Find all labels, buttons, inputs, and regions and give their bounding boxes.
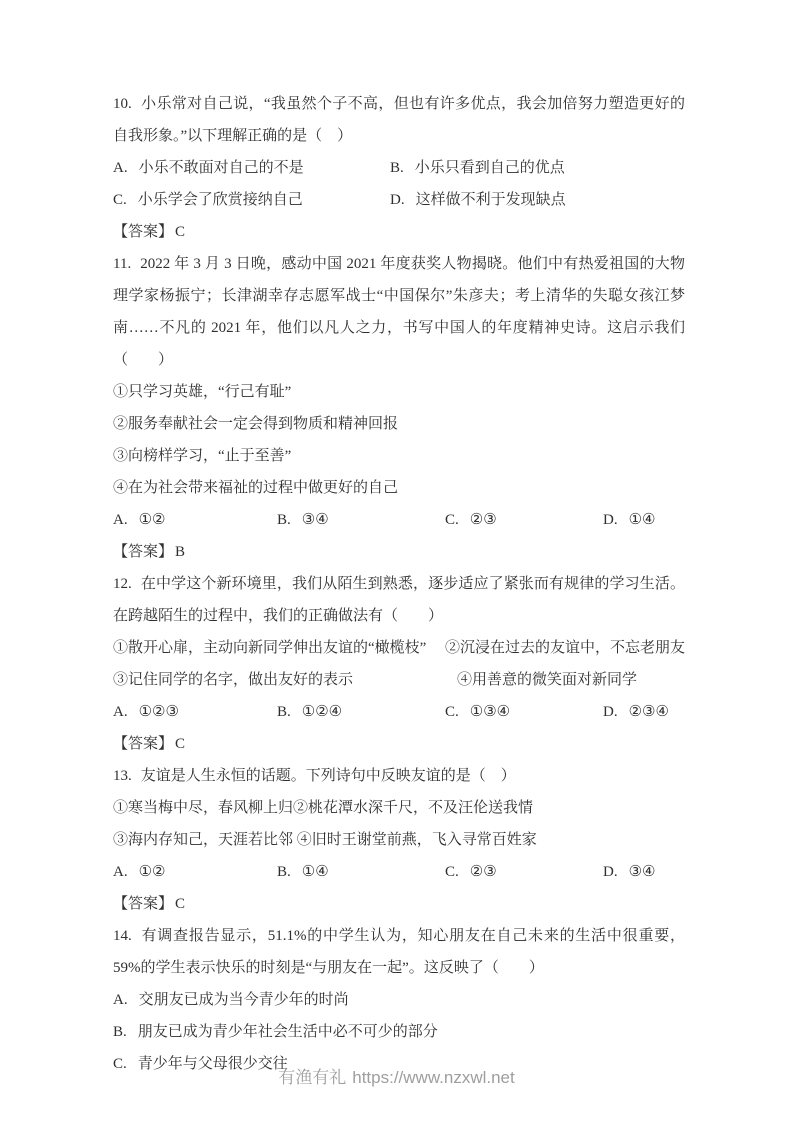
watermark: 有渔有礼https://www.nzxwl.net bbox=[0, 1065, 793, 1091]
question-14-stem: 14.有调查报告显示，51.1%的中学生认为，知心朋友在自己未来的生活中很重要，… bbox=[113, 920, 685, 984]
question-12-item-row-1: ①散开心扉，主动向新同学伸出友谊的“橄榄枝” ②沉浸在过去的友谊中，不忘老朋友 bbox=[113, 632, 685, 664]
option-text: ②③ bbox=[470, 512, 497, 528]
question-13-item-row-1: ①寒当梅中尽，春风柳上归②桃花潭水深千尺，不及汪伦送我情 bbox=[113, 792, 685, 824]
option-text: ①②③ bbox=[139, 704, 179, 720]
question-11-item-3: ③向榜样学习，“止于至善” bbox=[113, 440, 685, 472]
question-12-option-b: B.①②④ bbox=[277, 696, 445, 728]
question-12-answer: 【答案】C bbox=[113, 728, 685, 760]
question-11-option-a: A.①② bbox=[113, 504, 277, 536]
answer-value: C bbox=[175, 896, 185, 912]
question-12-stem: 12.在中学这个新环境里，我们从陌生到熟悉，逐步适应了紧张而有规律的学习生活。在… bbox=[113, 568, 685, 632]
question-10: 10.小乐常对自己说，“我虽然个子不高，但也有许多优点，我会加倍努力塑造更好的自… bbox=[113, 88, 685, 248]
question-11-answer: 【答案】B bbox=[113, 536, 685, 568]
question-11: 11.2022 年 3 月 3 日晚，感动中国 2021 年度获奖人物揭晓。他们… bbox=[113, 248, 685, 568]
option-label: D. bbox=[390, 192, 405, 208]
option-label: A. bbox=[113, 864, 128, 880]
question-11-item-4: ④在为社会带来福祉的过程中做更好的自己 bbox=[113, 472, 685, 504]
option-text: 这样做不利于发现缺点 bbox=[416, 192, 566, 208]
question-12-item-4: ④用善意的微笑面对新同学 bbox=[457, 664, 637, 696]
question-10-option-b: B.小乐只看到自己的优点 bbox=[390, 152, 685, 184]
question-13-text: 友谊是人生永恒的话题。下列诗句中反映友谊的是（ ） bbox=[141, 768, 516, 784]
question-13-options: A.①② B.①④ C.②③ D.③④ bbox=[113, 856, 685, 888]
answer-value: B bbox=[175, 544, 185, 560]
question-11-item-2: ②服务奉献社会一定会得到物质和精神回报 bbox=[113, 408, 685, 440]
option-label: B. bbox=[277, 704, 291, 720]
question-10-number: 10. bbox=[113, 96, 132, 112]
question-12: 12.在中学这个新环境里，我们从陌生到熟悉，逐步适应了紧张而有规律的学习生活。在… bbox=[113, 568, 685, 760]
question-12-option-a: A.①②③ bbox=[113, 696, 277, 728]
question-13-stem: 13.友谊是人生永恒的话题。下列诗句中反映友谊的是（ ） bbox=[113, 760, 685, 792]
question-10-option-a: A.小乐不敢面对自己的不是 bbox=[113, 152, 390, 184]
question-13: 13.友谊是人生永恒的话题。下列诗句中反映友谊的是（ ） ①寒当梅中尽，春风柳上… bbox=[113, 760, 685, 920]
option-label: D. bbox=[603, 704, 618, 720]
option-text: 小乐学会了欣赏接纳自己 bbox=[138, 192, 303, 208]
answer-prefix: 【答案】 bbox=[113, 736, 173, 752]
option-label: A. bbox=[113, 512, 128, 528]
answer-prefix: 【答案】 bbox=[113, 896, 173, 912]
question-10-answer: 【答案】C bbox=[113, 216, 685, 248]
option-label: B. bbox=[277, 512, 291, 528]
option-text: ③④ bbox=[629, 864, 656, 880]
question-10-option-c: C.小乐学会了欣赏接纳自己 bbox=[113, 184, 390, 216]
option-label: B. bbox=[390, 160, 404, 176]
question-13-option-c: C.②③ bbox=[445, 856, 603, 888]
option-label: A. bbox=[113, 704, 128, 720]
option-text: 小乐不敢面对自己的不是 bbox=[139, 160, 304, 176]
option-label: A. bbox=[113, 160, 128, 176]
option-text: ②③④ bbox=[629, 704, 669, 720]
option-label: C. bbox=[445, 512, 459, 528]
question-11-options: A.①② B.③④ C.②③ D.①④ bbox=[113, 504, 685, 536]
question-10-option-d: D.这样做不利于发现缺点 bbox=[390, 184, 685, 216]
question-12-options: A.①②③ B.①②④ C.①③④ D.②③④ bbox=[113, 696, 685, 728]
question-12-item-3: ③记住同学的名字，做出友好的表示 bbox=[113, 672, 353, 688]
question-11-item-1: ①只学习英雄，“行己有耻” bbox=[113, 376, 685, 408]
question-13-answer: 【答案】C bbox=[113, 888, 685, 920]
option-text: 交朋友已成为当今青少年的时尚 bbox=[139, 992, 349, 1008]
question-14-text: 有调查报告显示，51.1%的中学生认为，知心朋友在自己未来的生活中很重要，59%… bbox=[113, 928, 685, 976]
question-11-stem: 11.2022 年 3 月 3 日晚，感动中国 2021 年度获奖人物揭晓。他们… bbox=[113, 248, 685, 376]
option-label: D. bbox=[603, 864, 618, 880]
option-label: D. bbox=[603, 512, 618, 528]
option-text: ②③ bbox=[470, 864, 497, 880]
question-11-text: 2022 年 3 月 3 日晚，感动中国 2021 年度获奖人物揭晓。他们中有热… bbox=[113, 256, 685, 368]
option-text: 朋友已成为青少年社会生活中必不可少的部分 bbox=[138, 1024, 438, 1040]
option-text: ①② bbox=[139, 512, 166, 528]
answer-value: C bbox=[175, 224, 185, 240]
option-text: ①④ bbox=[302, 864, 329, 880]
watermark-site-name: 有渔有礼 bbox=[278, 1068, 346, 1087]
option-text: 小乐只看到自己的优点 bbox=[415, 160, 565, 176]
question-13-option-a: A.①② bbox=[113, 856, 277, 888]
option-label: C. bbox=[445, 864, 459, 880]
question-12-number: 12. bbox=[113, 576, 132, 592]
question-10-text: 小乐常对自己说，“我虽然个子不高，但也有许多优点，我会加倍努力塑造更好的自我形象… bbox=[113, 96, 685, 144]
option-label: A. bbox=[113, 992, 128, 1008]
question-11-option-b: B.③④ bbox=[277, 504, 445, 536]
question-12-item-row-2: ③记住同学的名字，做出友好的表示 ④用善意的微笑面对新同学 bbox=[113, 664, 685, 696]
question-11-option-d: D.①④ bbox=[603, 504, 685, 536]
question-12-option-d: D.②③④ bbox=[603, 696, 685, 728]
option-label: B. bbox=[277, 864, 291, 880]
option-text: ③④ bbox=[302, 512, 329, 528]
question-14: 14.有调查报告显示，51.1%的中学生认为，知心朋友在自己未来的生活中很重要，… bbox=[113, 920, 685, 1080]
question-12-item-1: ①散开心扉，主动向新同学伸出友谊的“橄榄枝” bbox=[113, 640, 426, 656]
question-13-option-d: D.③④ bbox=[603, 856, 685, 888]
question-12-text: 在中学这个新环境里，我们从陌生到熟悉，逐步适应了紧张而有规律的学习生活。在跨越陌… bbox=[113, 576, 685, 624]
question-14-number: 14. bbox=[113, 928, 132, 944]
question-11-option-c: C.②③ bbox=[445, 504, 603, 536]
question-10-stem: 10.小乐常对自己说，“我虽然个子不高，但也有许多优点，我会加倍努力塑造更好的自… bbox=[113, 88, 685, 152]
question-11-number: 11. bbox=[113, 256, 131, 272]
option-label: C. bbox=[445, 704, 459, 720]
answer-value: C bbox=[175, 736, 185, 752]
question-10-options: A.小乐不敢面对自己的不是 B.小乐只看到自己的优点 C.小乐学会了欣赏接纳自己… bbox=[113, 152, 685, 216]
question-13-item-row-2: ③海内存知己，天涯若比邻 ④旧时王谢堂前燕，飞入寻常百姓家 bbox=[113, 824, 685, 856]
option-label: C. bbox=[113, 192, 127, 208]
watermark-url: https://www.nzxwl.net bbox=[352, 1068, 515, 1087]
question-12-item-2: ②沉浸在过去的友谊中，不忘老朋友 bbox=[445, 632, 685, 664]
question-13-option-b: B.①④ bbox=[277, 856, 445, 888]
question-14-option-a: A.交朋友已成为当今青少年的时尚 bbox=[113, 984, 685, 1016]
option-text: ①③④ bbox=[470, 704, 510, 720]
option-text: ①④ bbox=[629, 512, 656, 528]
question-13-number: 13. bbox=[113, 768, 132, 784]
answer-prefix: 【答案】 bbox=[113, 224, 173, 240]
answer-prefix: 【答案】 bbox=[113, 544, 173, 560]
exam-content: 10.小乐常对自己说，“我虽然个子不高，但也有许多优点，我会加倍努力塑造更好的自… bbox=[113, 88, 685, 1080]
option-text: ①② bbox=[139, 864, 166, 880]
question-14-option-b: B.朋友已成为青少年社会生活中必不可少的部分 bbox=[113, 1016, 685, 1048]
option-label: B. bbox=[113, 1024, 127, 1040]
question-12-option-c: C.①③④ bbox=[445, 696, 603, 728]
option-text: ①②④ bbox=[302, 704, 342, 720]
